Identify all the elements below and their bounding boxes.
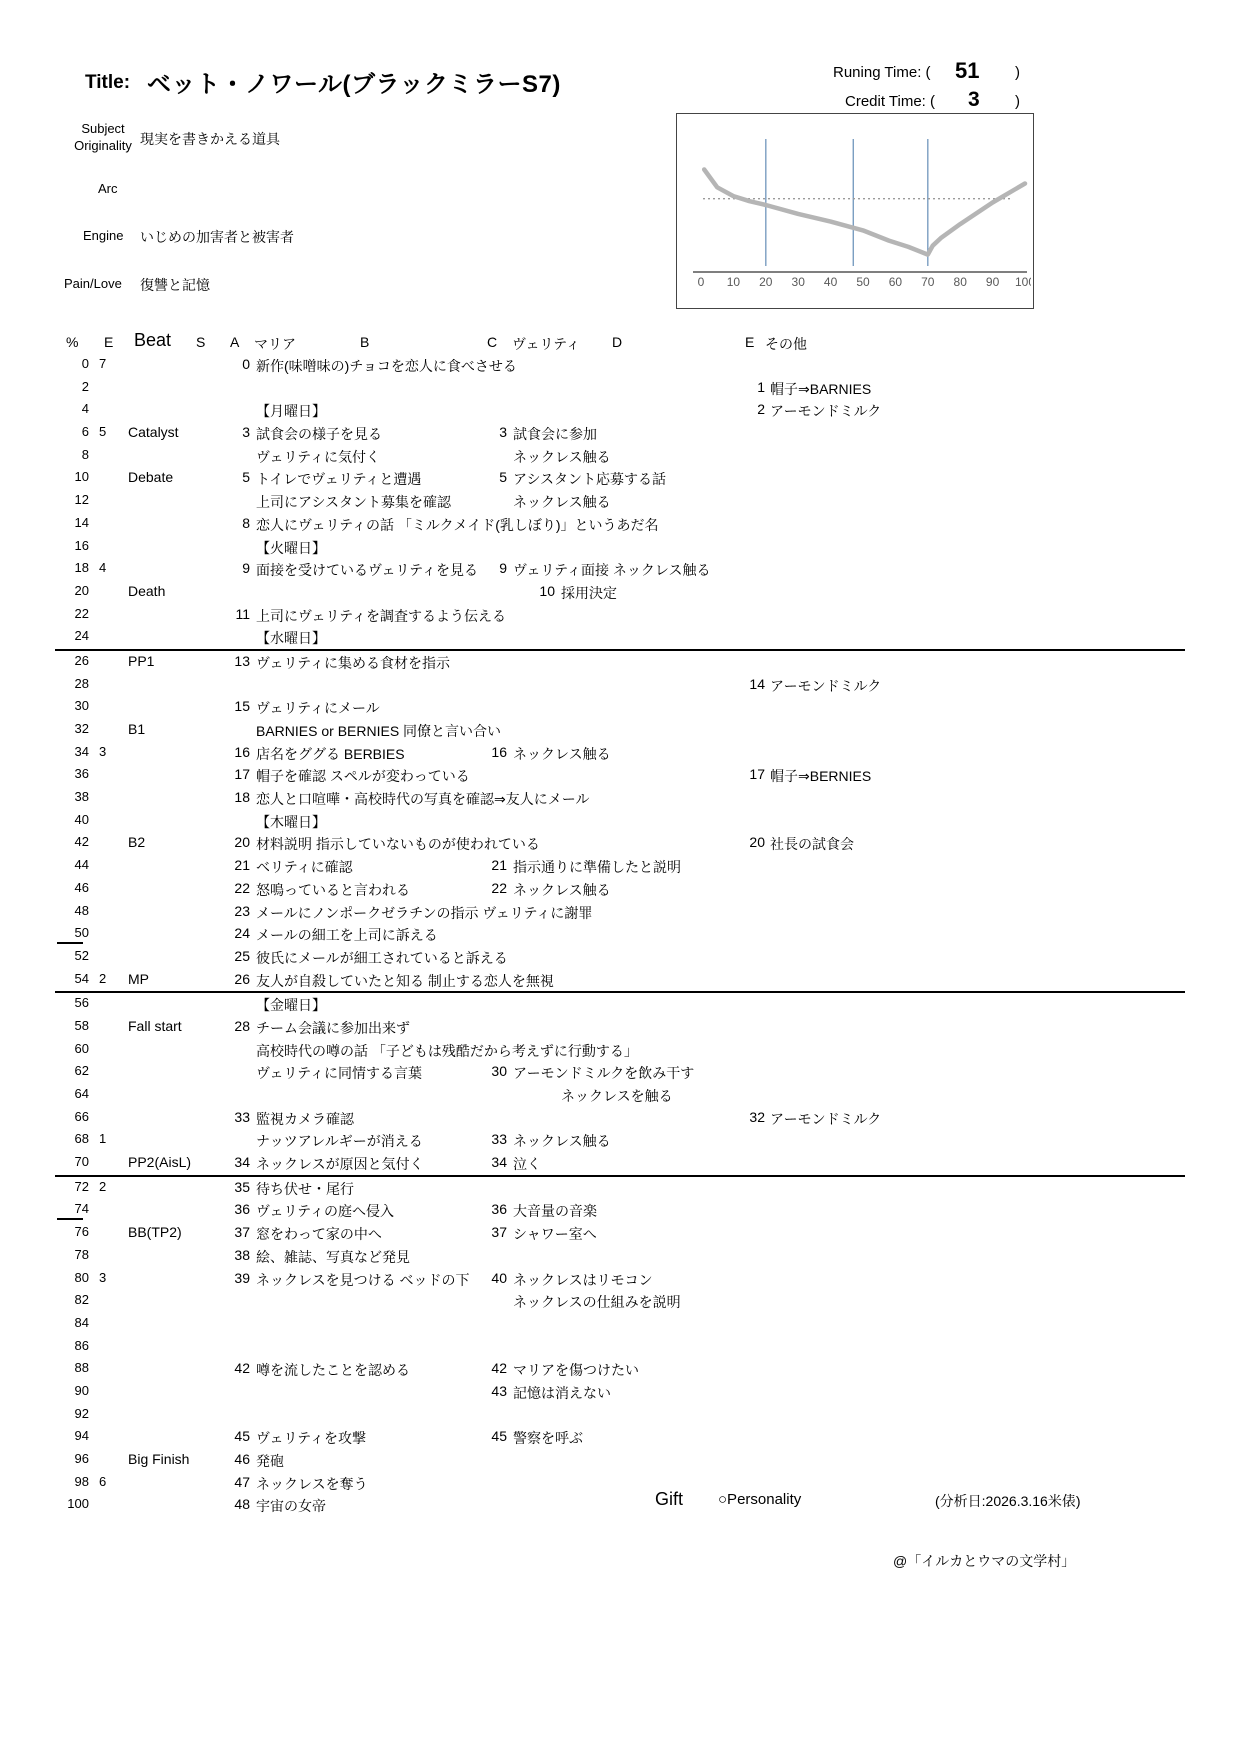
- verity-cell: 3試食会に参加: [485, 424, 597, 444]
- maria-beat-text: ネックレスが原因と気付く: [256, 1154, 424, 1174]
- maria-cell: 上司にアシスタント募集を確認: [228, 492, 451, 512]
- maria-beat-text: ヴェリティに集める食材を指示: [256, 653, 450, 673]
- row-percent: 28: [55, 676, 89, 691]
- verity-beat-number: 16: [485, 744, 507, 760]
- verity-beat-text: ネックレスはリモコン: [513, 1270, 653, 1290]
- maria-cell: 高校時代の噂の話 「子どもは残酷だから考えずに行動する」: [228, 1041, 638, 1061]
- col-header-c: C: [487, 334, 497, 350]
- credit-line: @「イルカとウマの文学村」: [893, 1551, 1075, 1571]
- maria-beat-text: ナッツアレルギーが消える: [256, 1131, 423, 1151]
- maria-cell: 16店名をググる BERBIES: [228, 744, 405, 764]
- verity-beat-text: 大音量の音楽: [513, 1201, 597, 1221]
- verity-beat-text: ネックレス触る: [513, 492, 611, 512]
- x-tick-label: 100: [1015, 275, 1031, 289]
- maria-cell: 34ネックレスが原因と気付く: [228, 1154, 424, 1174]
- col-header-percent: %: [66, 334, 78, 350]
- row-percent: 70: [55, 1154, 89, 1169]
- maria-cell: 15ヴェリティにメール: [228, 698, 380, 718]
- beat-row: 6633監視カメラ確認32アーモンドミルク: [55, 1107, 1185, 1130]
- maria-beat-number: 38: [228, 1247, 250, 1263]
- row-percent: 52: [55, 948, 89, 963]
- maria-cell: 36ヴェリティの庭へ侵入: [228, 1201, 394, 1221]
- verity-beat-number: 3: [485, 424, 507, 440]
- maria-beat-text: 材料説明 指示していないものが使われている: [256, 834, 540, 854]
- beat-row: 10Debate5トイレでヴェリティと遭遇5アシスタント応募する話: [55, 467, 1185, 490]
- beat-row: 60高校時代の噂の話 「子どもは残酷だから考えずに行動する」: [55, 1039, 1185, 1062]
- verity-cell: 42マリアを傷つけたい: [485, 1360, 639, 1380]
- verity-cell: 21指示通りに準備したと説明: [485, 857, 681, 877]
- verity-beat-text: ネックレス触る: [513, 744, 611, 764]
- maria-cell: 38絵、雑誌、写真など発見: [228, 1247, 410, 1267]
- maria-beat-text: 発砲: [256, 1451, 284, 1471]
- sonota-cell: 32アーモンドミルク: [745, 1109, 881, 1129]
- maria-beat-text: 【月曜日】: [256, 401, 326, 421]
- row-percent: 16: [55, 538, 89, 553]
- maria-cell: 47ネックレスを奪う: [228, 1474, 368, 1494]
- maria-beat-number: 34: [228, 1154, 250, 1170]
- beat-row: 542MP26友人が自殺していたと知る 制止する恋人を無視: [55, 969, 1185, 994]
- maria-cell: 5トイレでヴェリティと遭遇: [228, 469, 421, 489]
- maria-beat-number: 26: [228, 971, 250, 987]
- row-percent: 44: [55, 857, 89, 872]
- sonota-beat-text: 社長の試食会: [770, 834, 854, 854]
- maria-beat-text: 絵、雑誌、写真など発見: [256, 1247, 410, 1267]
- sonota-cell: 17帽子⇒BERNIES: [745, 766, 871, 786]
- row-beat-label: Debate: [128, 469, 238, 485]
- maria-beat-number: 0: [228, 356, 250, 372]
- verity-cell: ネックレスの仕組みを説明: [485, 1292, 681, 1312]
- row-energy: 4: [99, 560, 117, 575]
- verity-beat-text: 警察を呼ぶ: [513, 1428, 583, 1448]
- verity-cell: ネックレス触る: [485, 492, 611, 512]
- row-percent: 6: [55, 424, 89, 439]
- row-percent: 88: [55, 1360, 89, 1375]
- row-percent: 30: [55, 698, 89, 713]
- maria-beat-text: ヴェリティに同情する言葉: [256, 1063, 422, 1083]
- col-header-sonota: その他: [765, 334, 807, 354]
- row-energy: 2: [99, 1179, 117, 1194]
- sonota-beat-text: アーモンドミルク: [770, 676, 881, 696]
- row-percent: 78: [55, 1247, 89, 1262]
- maria-cell: 18恋人と口喧嘩・高校時代の写真を確認⇒友人にメール: [228, 789, 589, 809]
- verity-beat-number: 21: [485, 857, 507, 873]
- sonota-beat-text: 帽子⇒BARNIES: [770, 379, 871, 399]
- row-percent: 98: [55, 1474, 89, 1489]
- verity-beat-text: アーモンドミルクを飲み干す: [513, 1063, 694, 1083]
- credit-time-label: Credit Time: (: [845, 93, 935, 110]
- verity-beat-number: 9: [485, 560, 507, 576]
- verity-cell: 37シャワー室へ: [485, 1224, 597, 1244]
- maria-beat-number: 8: [228, 515, 250, 531]
- maria-beat-text: 上司にヴェリティを調査するよう伝える: [256, 606, 506, 626]
- maria-beat-number: 22: [228, 880, 250, 896]
- verity-beat-text: ネックレス触る: [513, 1131, 611, 1151]
- col-header-e: E: [104, 334, 113, 350]
- beat-row: 070新作(味噌味の)チョコを恋人に食べさせる: [55, 354, 1185, 377]
- col-header-d: D: [612, 334, 622, 350]
- beat-row: 40【木曜日】: [55, 810, 1185, 833]
- beat-row: 26PP113ヴェリティに集める食材を指示: [55, 651, 1185, 674]
- row-percent: 0: [55, 356, 89, 371]
- row-percent: 24: [55, 628, 89, 643]
- maria-beat-text: ネックレスを奪う: [256, 1474, 368, 1494]
- beat-row: 7436ヴェリティの庭へ侵入36大音量の音楽: [55, 1199, 1185, 1222]
- maria-cell: 13ヴェリティに集める食材を指示: [228, 653, 450, 673]
- verity-cell: 43記憶は消えない: [485, 1383, 611, 1403]
- maria-beat-number: 23: [228, 903, 250, 919]
- row-percent: 60: [55, 1041, 89, 1056]
- maria-beat-text: メールにノンポークゼラチンの指示 ヴェリティに謝罪: [256, 903, 592, 923]
- story-arc-svg: 0102030405060708090100: [677, 114, 1031, 306]
- row-percent: 2: [55, 379, 89, 394]
- x-tick-label: 10: [727, 275, 741, 289]
- beat-row: 21帽子⇒BARNIES: [55, 377, 1185, 400]
- beat-sheet-page: Title: ベット・ノワール(ブラックミラーS7) Runing Time: …: [0, 0, 1241, 1754]
- verity-cell: 9ヴェリティ面接 ネックレス触る: [485, 560, 711, 580]
- maria-beat-text: 【水曜日】: [256, 628, 326, 648]
- maria-beat-text: 上司にアシスタント募集を確認: [256, 492, 451, 512]
- story-arc-curve: [704, 170, 1025, 255]
- verity-cell: 30アーモンドミルクを飲み干す: [485, 1063, 694, 1083]
- maria-cell: 9面接を受けているヴェリティを見る: [228, 560, 478, 580]
- beat-row: 4622怒鳴っていると言われる22ネックレス触る: [55, 878, 1185, 901]
- maria-cell: 22怒鳴っていると言われる: [228, 880, 410, 900]
- row-percent: 12: [55, 492, 89, 507]
- row-percent: 22: [55, 606, 89, 621]
- maria-beat-text: ヴェリティに気付く: [256, 447, 380, 467]
- runing-time-label: Runing Time: (: [833, 64, 931, 81]
- sonota-beat-text: アーモンドミルク: [770, 401, 881, 421]
- row-percent: 42: [55, 834, 89, 849]
- maria-cell: 11上司にヴェリティを調査するよう伝える: [228, 606, 506, 626]
- gift-value: ○Personality: [718, 1491, 801, 1508]
- maria-beat-text: 恋人にヴェリティの話 「ミルクメイド(乳しぼり)」というあだ名: [256, 515, 659, 535]
- verity-cell: 10採用決定: [533, 583, 617, 603]
- maria-cell: 20材料説明 指示していないものが使われている: [228, 834, 540, 854]
- beat-row: 62ヴェリティに同情する言葉30アーモンドミルクを飲み干す: [55, 1061, 1185, 1084]
- row-beat-label: PP1: [128, 653, 238, 669]
- maria-beat-number: 18: [228, 789, 250, 805]
- row-percent: 82: [55, 1292, 89, 1307]
- maria-beat-text: トイレでヴェリティと遭遇: [256, 469, 421, 489]
- row-percent: 100: [55, 1496, 89, 1511]
- verity-cell: ネックレスを触る: [533, 1086, 673, 1106]
- beat-row: 20Death10採用決定: [55, 581, 1185, 604]
- row-beat-label: Fall start: [128, 1018, 238, 1034]
- sonota-beat-number: 14: [745, 676, 765, 692]
- verity-cell: 16ネックレス触る: [485, 744, 611, 764]
- maria-beat-text: 監視カメラ確認: [256, 1109, 354, 1129]
- subject-value: 現実を書きかえる道具: [140, 129, 280, 149]
- beat-row: 70PP2(AisL)34ネックレスが原因と気付く34泣く: [55, 1152, 1185, 1177]
- maria-beat-text: メールの細工を上司に訴える: [256, 925, 438, 945]
- verity-beat-text: シャワー室へ: [513, 1224, 597, 1244]
- beat-row: 2814アーモンドミルク: [55, 674, 1185, 697]
- x-tick-label: 50: [856, 275, 870, 289]
- maria-cell: 28チーム会議に参加出来ず: [228, 1018, 410, 1038]
- row-percent: 92: [55, 1406, 89, 1421]
- maria-beat-number: 16: [228, 744, 250, 760]
- col-header-s: S: [196, 334, 205, 350]
- maria-beat-number: 33: [228, 1109, 250, 1125]
- maria-beat-text: 【木曜日】: [256, 812, 326, 832]
- beat-row: 5225彼氏にメールが細工されていると訴える: [55, 946, 1185, 969]
- beat-row: 8ヴェリティに気付くネックレス触る: [55, 445, 1185, 468]
- maria-beat-number: 28: [228, 1018, 250, 1034]
- x-tick-label: 0: [698, 275, 705, 289]
- beat-row: 681ナッツアレルギーが消える33ネックレス触る: [55, 1129, 1185, 1152]
- maria-cell: ナッツアレルギーが消える: [228, 1131, 423, 1151]
- row-beat-label: Big Finish: [128, 1451, 238, 1467]
- beat-row: 24【水曜日】: [55, 626, 1185, 651]
- maria-cell: 33監視カメラ確認: [228, 1109, 354, 1129]
- verity-beat-number: 37: [485, 1224, 507, 1240]
- row-percent: 32: [55, 721, 89, 736]
- sonota-beat-number: 2: [745, 401, 765, 417]
- row-percent: 48: [55, 903, 89, 918]
- verity-beat-number: 43: [485, 1383, 507, 1399]
- sonota-cell: 20社長の試食会: [745, 834, 854, 854]
- x-tick-label: 90: [986, 275, 1000, 289]
- maria-beat-text: BARNIES or BERNIES 同僚と言い合い: [256, 721, 501, 741]
- sonota-beat-text: アーモンドミルク: [770, 1109, 881, 1129]
- engine-value: いじめの加害者と被害者: [140, 227, 294, 247]
- row-beat-label: BB(TP2): [128, 1224, 238, 1240]
- beat-row: 32B1BARNIES or BERNIES 同僚と言い合い: [55, 719, 1185, 742]
- maria-beat-text: 新作(味噌味の)チョコを恋人に食べさせる: [256, 356, 517, 376]
- verity-beat-text: マリアを傷つけたい: [513, 1360, 639, 1380]
- row-percent: 10: [55, 469, 89, 484]
- verity-beat-number: 22: [485, 880, 507, 896]
- x-tick-label: 60: [889, 275, 903, 289]
- maria-beat-number: 36: [228, 1201, 250, 1217]
- maria-beat-number: 37: [228, 1224, 250, 1240]
- gift-label: Gift: [655, 1489, 683, 1510]
- engine-label: Engine: [83, 228, 123, 243]
- col-header-e2: E: [745, 334, 754, 350]
- maria-beat-text: ベリティに確認: [256, 857, 353, 877]
- analysis-date: (分析日:2026.3.16米俵): [935, 1491, 1081, 1511]
- row-energy: 3: [99, 744, 117, 759]
- sonota-beat-text: 帽子⇒BERNIES: [770, 766, 871, 786]
- maria-beat-text: 【金曜日】: [256, 995, 326, 1015]
- verity-beat-text: 採用決定: [561, 583, 617, 603]
- maria-beat-text: ヴェリティにメール: [256, 698, 380, 718]
- beat-row: 34316店名をググる BERBIES16ネックレス触る: [55, 742, 1185, 765]
- beat-row: 86: [55, 1336, 1185, 1359]
- beat-row: 65Catalyst3試食会の様子を見る3試食会に参加: [55, 422, 1185, 445]
- verity-beat-number: 42: [485, 1360, 507, 1376]
- maria-beat-number: 39: [228, 1270, 250, 1286]
- credit-time-value: 3: [968, 88, 980, 112]
- beat-row: 3015ヴェリティにメール: [55, 696, 1185, 719]
- verity-beat-text: ネックレス触る: [513, 880, 611, 900]
- row-energy: 3: [99, 1270, 117, 1285]
- maria-beat-text: 怒鳴っていると言われる: [256, 880, 410, 900]
- maria-cell: 46発砲: [228, 1451, 284, 1471]
- maria-beat-number: 21: [228, 857, 250, 873]
- beat-row: 5024メールの細工を上司に訴える: [55, 923, 1185, 946]
- maria-beat-number: 3: [228, 424, 250, 440]
- maria-beat-number: 45: [228, 1428, 250, 1444]
- row-percent: 62: [55, 1063, 89, 1078]
- col-header-maria: マリア: [254, 334, 296, 354]
- verity-cell: 33ネックレス触る: [485, 1131, 611, 1151]
- row-percent: 54: [55, 971, 89, 986]
- maria-beat-text: 恋人と口喧嘩・高校時代の写真を確認⇒友人にメール: [256, 789, 589, 809]
- maria-beat-text: 高校時代の噂の話 「子どもは残酷だから考えずに行動する」: [256, 1041, 638, 1061]
- maria-beat-number: 9: [228, 560, 250, 576]
- row-percent: 18: [55, 560, 89, 575]
- row-percent: 58: [55, 1018, 89, 1033]
- maria-cell: 【火曜日】: [228, 538, 326, 558]
- title-label: Title:: [85, 72, 130, 94]
- beat-row: 72235待ち伏せ・尾行: [55, 1177, 1185, 1200]
- runing-time-close-paren: ): [1015, 64, 1020, 81]
- maria-cell: 37窓をわって家の中へ: [228, 1224, 382, 1244]
- maria-beat-text: 店名をググる BERBIES: [256, 744, 405, 764]
- row-beat-label: MP: [128, 971, 238, 987]
- painlove-value: 復讐と記憶: [140, 275, 210, 295]
- row-percent: 64: [55, 1086, 89, 1101]
- row-beat-label: B1: [128, 721, 238, 737]
- beat-row: 96Big Finish46発砲: [55, 1449, 1185, 1472]
- col-header-verity: ヴェリティ: [512, 334, 580, 354]
- row-percent: 68: [55, 1131, 89, 1146]
- maria-beat-text: 宇宙の女帝: [256, 1496, 326, 1516]
- row-percent: 4: [55, 401, 89, 416]
- runing-time-value: 51: [955, 58, 979, 84]
- verity-beat-text: ネックレスの仕組みを説明: [513, 1292, 681, 1312]
- verity-beat-text: 泣く: [513, 1154, 541, 1174]
- beat-row: 80339ネックレスを見つける ベッドの下40ネックレスはリモコン: [55, 1268, 1185, 1291]
- maria-beat-text: 帽子を確認 スペルが変わっている: [256, 766, 470, 786]
- beat-row: 82ネックレスの仕組みを説明: [55, 1290, 1185, 1313]
- verity-beat-number: 34: [485, 1154, 507, 1170]
- percent-marker-line: [57, 942, 83, 944]
- verity-beat-text: ネックレス触る: [513, 447, 611, 467]
- verity-cell: ネックレス触る: [485, 447, 611, 467]
- row-percent: 46: [55, 880, 89, 895]
- beat-row: 3617帽子を確認 スペルが変わっている17帽子⇒BERNIES: [55, 764, 1185, 787]
- maria-cell: 17帽子を確認 スペルが変わっている: [228, 766, 470, 786]
- maria-beat-number: 46: [228, 1451, 250, 1467]
- maria-cell: 23メールにノンポークゼラチンの指示 ヴェリティに謝罪: [228, 903, 592, 923]
- beat-row: 42B220材料説明 指示していないものが使われている20社長の試食会: [55, 832, 1185, 855]
- beat-row: 148恋人にヴェリティの話 「ミルクメイド(乳しぼり)」というあだ名: [55, 513, 1185, 536]
- sonota-beat-number: 32: [745, 1109, 765, 1125]
- sonota-beat-number: 1: [745, 379, 765, 395]
- row-percent: 72: [55, 1179, 89, 1194]
- row-energy: 7: [99, 356, 117, 371]
- maria-beat-text: ネックレスを見つける ベッドの下: [256, 1270, 469, 1290]
- sonota-cell: 1帽子⇒BARNIES: [745, 379, 871, 399]
- maria-beat-number: 47: [228, 1474, 250, 1490]
- painlove-label: Pain/Love: [64, 276, 122, 291]
- maria-beat-text: 彼氏にメールが細工されていると訴える: [256, 948, 508, 968]
- beat-row: 4823メールにノンポークゼラチンの指示 ヴェリティに謝罪: [55, 901, 1185, 924]
- row-percent: 40: [55, 812, 89, 827]
- maria-beat-number: 42: [228, 1360, 250, 1376]
- maria-beat-number: 48: [228, 1496, 250, 1512]
- verity-beat-number: 33: [485, 1131, 507, 1147]
- row-beat-label: PP2(AisL): [128, 1154, 238, 1170]
- maria-beat-number: 20: [228, 834, 250, 850]
- beat-row: 92: [55, 1404, 1185, 1427]
- maria-cell: 【月曜日】: [228, 401, 326, 421]
- row-percent: 90: [55, 1383, 89, 1398]
- verity-beat-number: 5: [485, 469, 507, 485]
- story-arc-chart: 0102030405060708090100: [676, 113, 1034, 309]
- sonota-cell: 2アーモンドミルク: [745, 401, 881, 421]
- maria-cell: 26友人が自殺していたと知る 制止する恋人を無視: [228, 971, 554, 991]
- subject-originality-label: Subject Originality: [70, 120, 136, 154]
- beat-table: 070新作(味噌味の)チョコを恋人に食べさせる21帽子⇒BARNIES4【月曜日…: [55, 354, 1185, 1517]
- row-energy: 2: [99, 971, 117, 986]
- maria-beat-text: ヴェリティを攻撃: [256, 1428, 366, 1448]
- col-header-beat: Beat: [134, 330, 171, 351]
- beat-row: 2211上司にヴェリティを調査するよう伝える: [55, 604, 1185, 627]
- maria-cell: 42噂を流したことを認める: [228, 1360, 410, 1380]
- verity-beat-text: ヴェリティ面接 ネックレス触る: [513, 560, 711, 580]
- verity-beat-text: ネックレスを触る: [561, 1086, 673, 1106]
- maria-cell: 3試食会の様子を見る: [228, 424, 382, 444]
- verity-beat-number: 40: [485, 1270, 507, 1286]
- beat-row: 9445ヴェリティを攻撃45警察を呼ぶ: [55, 1426, 1185, 1449]
- row-beat-label: Catalyst: [128, 424, 238, 440]
- maria-beat-number: 11: [228, 606, 250, 622]
- row-percent: 50: [55, 925, 89, 940]
- maria-cell: 【金曜日】: [228, 995, 326, 1015]
- maria-beat-text: ヴェリティの庭へ侵入: [256, 1201, 394, 1221]
- maria-beat-text: 【火曜日】: [256, 538, 326, 558]
- maria-beat-number: 15: [228, 698, 250, 714]
- maria-beat-text: チーム会議に参加出来ず: [256, 1018, 410, 1038]
- beat-row: 3818恋人と口喧嘩・高校時代の写真を確認⇒友人にメール: [55, 787, 1185, 810]
- maria-beat-number: 25: [228, 948, 250, 964]
- row-percent: 96: [55, 1451, 89, 1466]
- beat-row: 1849面接を受けているヴェリティを見る9ヴェリティ面接 ネックレス触る: [55, 558, 1185, 581]
- verity-beat-number: 45: [485, 1428, 507, 1444]
- maria-beat-text: 友人が自殺していたと知る 制止する恋人を無視: [256, 971, 554, 991]
- x-tick-label: 70: [921, 275, 935, 289]
- maria-beat-number: 35: [228, 1179, 250, 1195]
- row-percent: 84: [55, 1315, 89, 1330]
- beat-row: 12上司にアシスタント募集を確認ネックレス触る: [55, 490, 1185, 513]
- maria-cell: 39ネックレスを見つける ベッドの下: [228, 1270, 469, 1290]
- verity-cell: 5アシスタント応募する話: [485, 469, 666, 489]
- verity-cell: 36大音量の音楽: [485, 1201, 597, 1221]
- beat-row: 76BB(TP2)37窓をわって家の中へ37シャワー室へ: [55, 1222, 1185, 1245]
- verity-beat-number: 30: [485, 1063, 507, 1079]
- maria-cell: 【木曜日】: [228, 812, 326, 832]
- col-header-a: A: [230, 334, 239, 350]
- row-percent: 86: [55, 1338, 89, 1353]
- row-energy: 5: [99, 424, 117, 439]
- row-percent: 56: [55, 995, 89, 1010]
- beat-row: 56【金曜日】: [55, 993, 1185, 1016]
- row-percent: 80: [55, 1270, 89, 1285]
- verity-beat-text: 記憶は消えない: [513, 1383, 611, 1403]
- maria-cell: 45ヴェリティを攻撃: [228, 1428, 366, 1448]
- maria-cell: 【水曜日】: [228, 628, 326, 648]
- maria-cell: 8恋人にヴェリティの話 「ミルクメイド(乳しぼり)」というあだ名: [228, 515, 659, 535]
- row-energy: 6: [99, 1474, 117, 1489]
- maria-cell: ヴェリティに同情する言葉: [228, 1063, 422, 1083]
- maria-beat-text: 試食会の様子を見る: [256, 424, 382, 444]
- maria-cell: 48宇宙の女帝: [228, 1496, 326, 1516]
- row-energy: 1: [99, 1131, 117, 1146]
